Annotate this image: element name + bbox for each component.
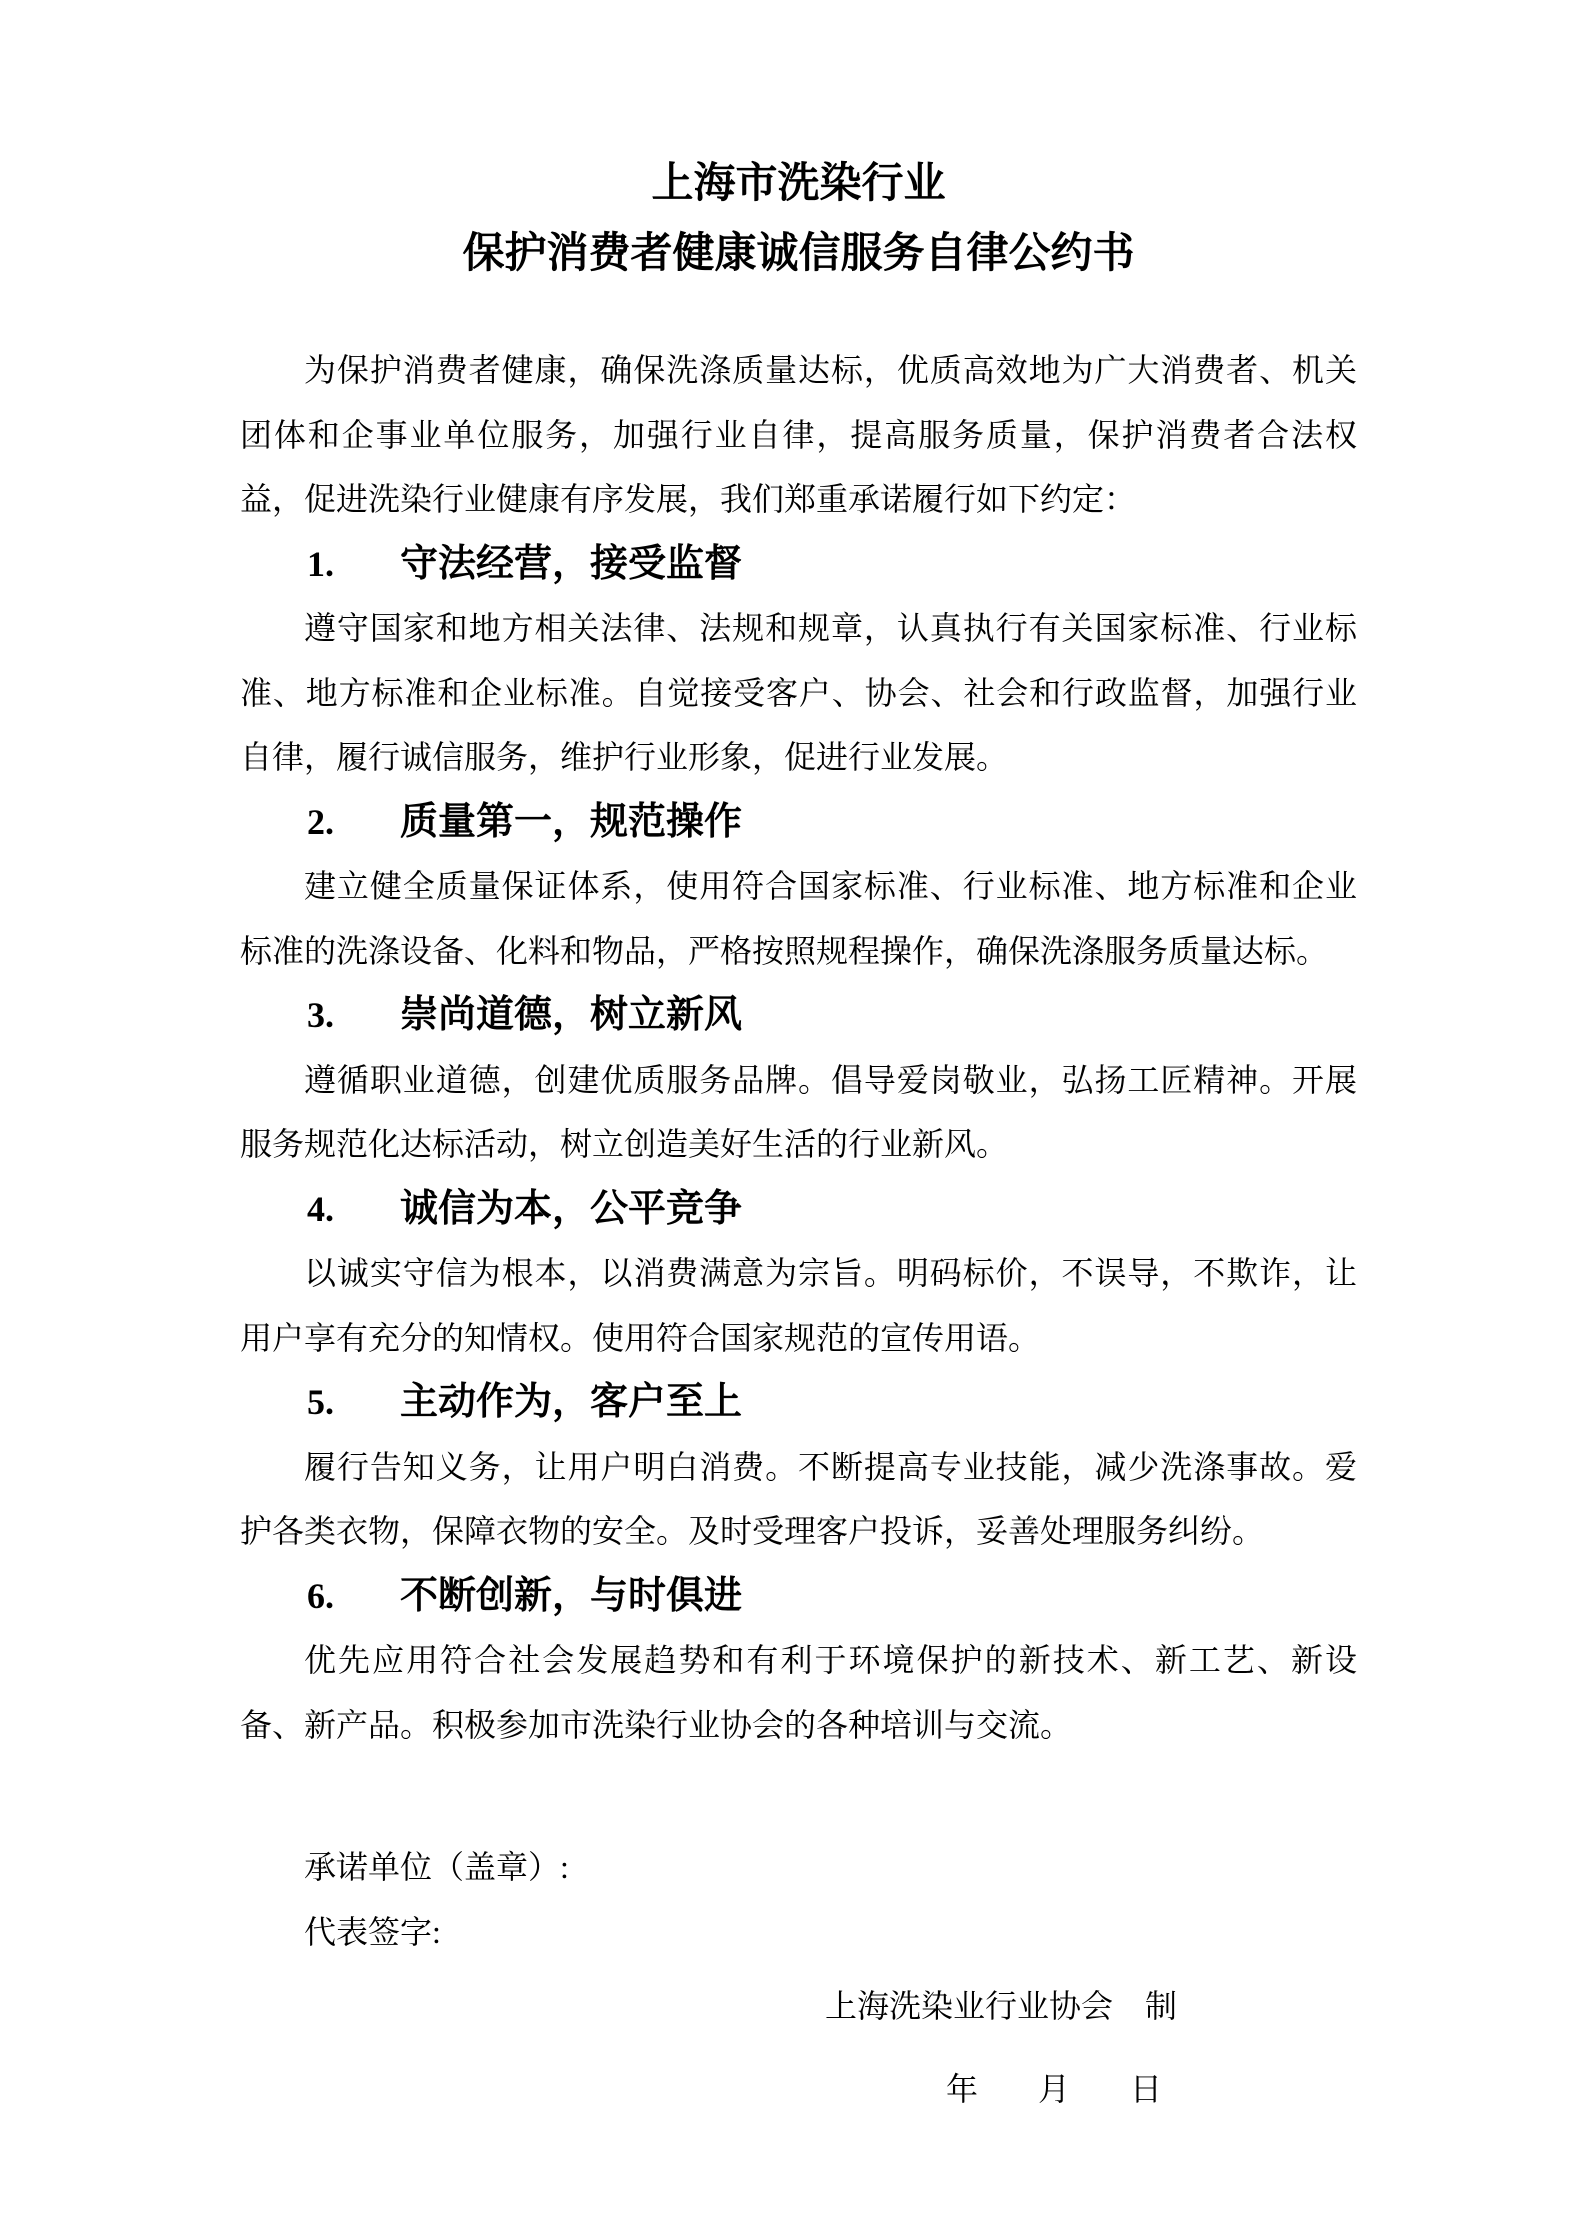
section-6-heading: 6.不断创新，与时俱进 bbox=[240, 1564, 1357, 1629]
section-6-title: 不断创新，与时俱进 bbox=[400, 1575, 742, 1617]
issuer-line: 上海洗染业行业协会 制 bbox=[240, 1974, 1357, 2039]
section-2-number: 2. bbox=[307, 790, 400, 855]
section-2-paragraph: 建立健全质量保证体系，使用符合国家标准、行业标准、地方标准和企业标准的洗涤设备、… bbox=[240, 854, 1357, 983]
section-1-number: 1. bbox=[307, 532, 400, 597]
section-2-title: 质量第一，规范操作 bbox=[400, 801, 742, 843]
document-page: 上海市洗染行业 保护消费者健康诚信服务自律公约书 为保护消费者健康，确保洗涤质量… bbox=[0, 0, 1587, 2240]
document-title: 上海市洗染行业 保护消费者健康诚信服务自律公约书 bbox=[240, 148, 1357, 288]
signature-label: 代表签字: bbox=[240, 1900, 1357, 1965]
section-3-heading: 3.崇尚道德，树立新风 bbox=[240, 983, 1357, 1048]
date-line: 年月日 bbox=[240, 2057, 1357, 2122]
stamp-label: 承诺单位（盖章）: bbox=[240, 1835, 1357, 1900]
section-4-number: 4. bbox=[307, 1177, 400, 1242]
title-line-2: 保护消费者健康诚信服务自律公约书 bbox=[240, 218, 1357, 288]
signature-block: 承诺单位（盖章）: 代表签字: 上海洗染业行业协会 制 年月日 bbox=[240, 1835, 1357, 2121]
date-month-label: 月 bbox=[1038, 2071, 1070, 2107]
section-4-paragraph: 以诚实守信为根本，以消费满意为宗旨。明码标价，不误导，不欺诈，让用户享有充分的知… bbox=[240, 1241, 1357, 1370]
section-5-number: 5. bbox=[307, 1370, 400, 1435]
section-5-paragraph: 履行告知义务，让用户明白消费。不断提高专业技能，减少洗涤事故。爱护各类衣物，保障… bbox=[240, 1435, 1357, 1564]
section-3-title: 崇尚道德，树立新风 bbox=[400, 994, 742, 1036]
section-4-title: 诚信为本，公平竞争 bbox=[400, 1188, 742, 1230]
document-body: 为保护消费者健康，确保洗涤质量达标，优质高效地为广大消费者、机关团体和企事业单位… bbox=[240, 338, 1357, 2121]
date-year-label: 年 bbox=[946, 2071, 978, 2107]
section-3-paragraph: 遵循职业道德，创建优质服务品牌。倡导爱岗敬业，弘扬工匠精神。开展服务规范化达标活… bbox=[240, 1048, 1357, 1177]
section-1-paragraph: 遵守国家和地方相关法律、法规和规章，认真执行有关国家标准、行业标准、地方标准和企… bbox=[240, 596, 1357, 790]
section-5-title: 主动作为，客户至上 bbox=[400, 1381, 742, 1423]
title-line-1: 上海市洗染行业 bbox=[240, 148, 1357, 218]
date-day-label: 日 bbox=[1130, 2071, 1162, 2107]
section-6-number: 6. bbox=[307, 1564, 400, 1629]
section-6-paragraph: 优先应用符合社会发展趋势和有利于环境保护的新技术、新工艺、新设备、新产品。积极参… bbox=[240, 1628, 1357, 1757]
section-4-heading: 4.诚信为本，公平竞争 bbox=[240, 1177, 1357, 1242]
section-5-heading: 5.主动作为，客户至上 bbox=[240, 1370, 1357, 1435]
intro-paragraph: 为保护消费者健康，确保洗涤质量达标，优质高效地为广大消费者、机关团体和企事业单位… bbox=[240, 338, 1357, 532]
section-1-heading: 1.守法经营，接受监督 bbox=[240, 532, 1357, 597]
section-3-number: 3. bbox=[307, 983, 400, 1048]
section-1-title: 守法经营，接受监督 bbox=[400, 543, 742, 585]
section-2-heading: 2.质量第一，规范操作 bbox=[240, 790, 1357, 855]
